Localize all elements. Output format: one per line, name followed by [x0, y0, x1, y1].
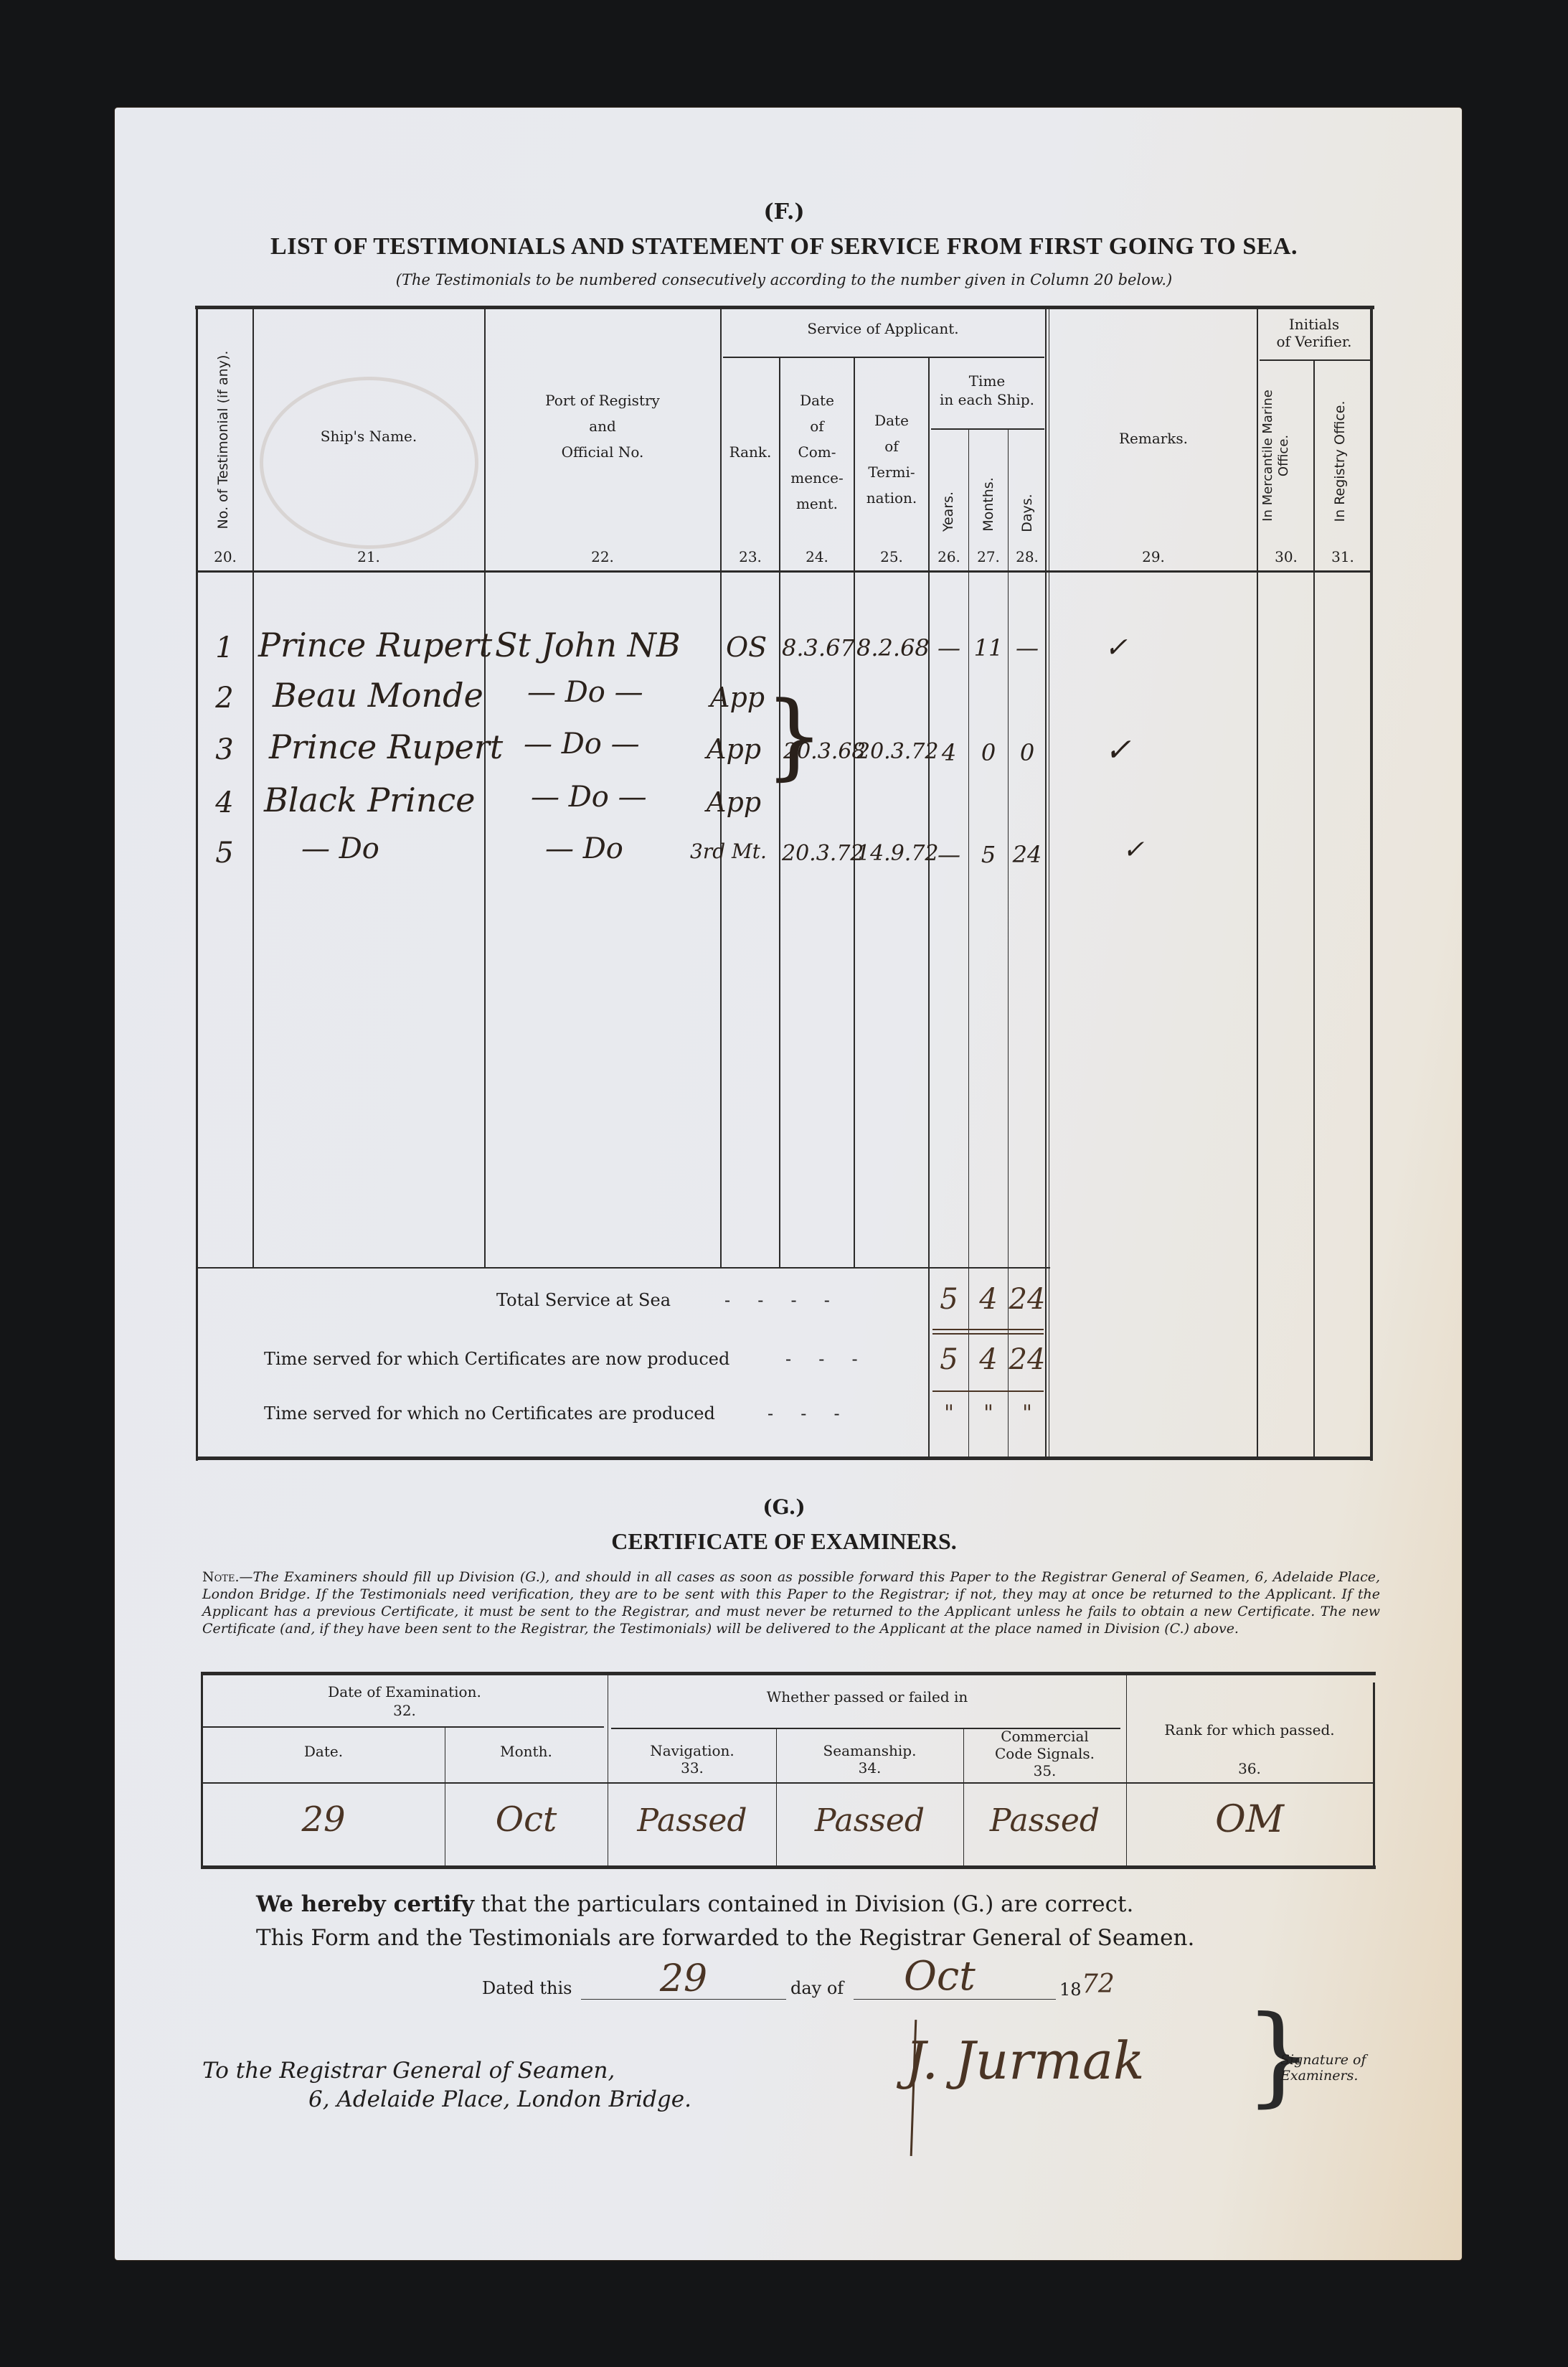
- header-service-of-applicant: Service of Applicant.: [722, 319, 1044, 339]
- cell-days: 0: [1009, 739, 1046, 766]
- header-line: 33.: [609, 1759, 775, 1777]
- cell-no: 5: [207, 837, 242, 870]
- cell-commencement: 20.3.68: [783, 739, 866, 764]
- header-passed-or-failed: Whether passed or failed in: [609, 1688, 1125, 1707]
- forward-statement: This Form and the Testimonials are forwa…: [256, 1925, 1194, 1951]
- label-line: Signature of: [1280, 2052, 1366, 2068]
- header-date-termination: Date of Termi- nation.: [855, 408, 928, 511]
- dated-day-value: 29: [581, 1957, 786, 2000]
- label-line: Examiners.: [1280, 2068, 1366, 2084]
- division-f-letter: (F.): [0, 199, 1568, 225]
- cell-years: 4: [930, 739, 968, 766]
- column-number: 29.: [1050, 548, 1257, 565]
- column-number: 25.: [855, 548, 928, 565]
- cell-rank: OS: [726, 631, 767, 663]
- col-rule: [1257, 309, 1258, 1459]
- certify-statement: We hereby certify that the particulars c…: [256, 1891, 1133, 1917]
- column-number: 23.: [722, 548, 779, 565]
- seamanship-result: Passed: [777, 1802, 963, 1839]
- exam-bottom-rule: [201, 1865, 1376, 1869]
- exam-month-value: Oct: [445, 1799, 607, 1840]
- cell-rank: App: [710, 682, 765, 713]
- header-line: 35.: [964, 1762, 1125, 1779]
- summary-years: 5: [930, 1343, 968, 1376]
- table-f-bottom-rule: [197, 1457, 1373, 1460]
- note-text: —The Examiners should fill up Division (…: [202, 1569, 1380, 1637]
- table-f-header-bottom-rule: [197, 570, 1373, 573]
- exam-right-border: [1373, 1683, 1375, 1869]
- address-line-2: 6, Adelaide Place, London Bridge.: [308, 2086, 691, 2112]
- cell-ship: Beau Monde: [273, 676, 483, 715]
- table-f-top-rule: [195, 306, 1374, 309]
- header-mercantile-marine-office: In Mercantile Marine Office.: [1260, 355, 1296, 556]
- table-f-left-border: [196, 306, 198, 1461]
- column-number: 31.: [1315, 548, 1371, 565]
- header-registry-office: In Registry Office.: [1332, 375, 1351, 547]
- certify-rest: that the particulars contained in Divisi…: [474, 1891, 1133, 1917]
- remarks-checkmark-icon: ✓: [1105, 631, 1128, 663]
- cell-months: 0: [969, 739, 1008, 766]
- column-number: 27.: [969, 548, 1008, 565]
- header-line: Commercial: [964, 1728, 1125, 1745]
- cell-no: 2: [207, 682, 242, 715]
- cell-termination: 20.3.72: [856, 739, 939, 764]
- dated-this-label: Dated this: [482, 1978, 572, 1998]
- address-line-1: To the Registrar General of Seamen,: [202, 2058, 615, 2084]
- cell-years: —: [930, 841, 968, 868]
- column-number: 24.: [780, 548, 854, 565]
- header-commercial-code-signals: Commercial Code Signals. 35.: [964, 1728, 1125, 1779]
- header-rank: Rank.: [722, 443, 779, 462]
- header-date: Date.: [203, 1742, 444, 1761]
- rank-passed-value: OM: [1127, 1798, 1372, 1841]
- cell-months: 11: [969, 634, 1008, 662]
- header-port-line: Official No.: [486, 439, 719, 465]
- division-f-title: LIST OF TESTIMONIALS AND STATEMENT OF SE…: [0, 233, 1568, 260]
- produced-underline: [932, 1390, 1044, 1392]
- date-group-rule: [202, 1726, 604, 1728]
- column-number: 21.: [254, 548, 483, 565]
- cell-ship: — Do: [301, 832, 379, 865]
- header-line: Com-: [780, 439, 854, 465]
- summary-years: ": [930, 1401, 968, 1426]
- summary-label: Time served for which no Certificates ar…: [264, 1403, 715, 1424]
- bracket-icon: }: [765, 689, 824, 782]
- cell-commencement: 8.3.67: [782, 634, 855, 662]
- header-seamanship: Seamanship. 34.: [777, 1742, 963, 1777]
- cell-ship: Prince Rupert: [269, 728, 503, 766]
- header-line: Code Signals.: [964, 1745, 1125, 1762]
- cell-rank: 3rd Mt.: [690, 839, 767, 863]
- exam-top-rule: [201, 1672, 1376, 1675]
- header-line: of Verifier.: [1258, 333, 1370, 350]
- cell-port: — Do —: [527, 676, 643, 709]
- year-prefix: 18: [1059, 1980, 1082, 2000]
- column-number: 30.: [1258, 548, 1314, 565]
- total-underline: [932, 1329, 1044, 1330]
- signals-result: Passed: [964, 1802, 1125, 1839]
- summary-leaders: - - - -: [724, 1290, 830, 1310]
- header-line: of: [780, 413, 854, 439]
- header-line: in each Ship.: [930, 390, 1044, 409]
- header-years: Years.: [940, 472, 959, 551]
- header-rank-for-which-passed: Rank for which passed.: [1127, 1721, 1372, 1740]
- header-testimonial-no: No. of Testimonial (if any).: [215, 321, 234, 558]
- cell-commencement: 20.3.72: [782, 841, 864, 866]
- header-time-in-each-ship: Time in each Ship.: [930, 372, 1044, 409]
- registry-stamp: [260, 377, 478, 549]
- header-line: 32.: [203, 1701, 606, 1720]
- summary-leaders: - - -: [768, 1403, 840, 1424]
- cell-port: — Do —: [524, 728, 640, 761]
- certify-lead: We hereby certify: [256, 1891, 474, 1917]
- header-months: Months.: [981, 461, 999, 547]
- summary-days: ": [1009, 1401, 1046, 1426]
- header-line: Date of Examination.: [203, 1683, 606, 1701]
- year-suffix: 72: [1082, 1970, 1115, 1999]
- header-rank-number: 36.: [1127, 1759, 1372, 1779]
- summary-months: ": [969, 1401, 1008, 1426]
- summary-years: 5: [930, 1283, 968, 1316]
- summary-label: Time served for which Certificates are n…: [264, 1349, 729, 1369]
- cell-no: 1: [207, 631, 242, 664]
- header-line: Initials: [1258, 316, 1370, 333]
- remarks-checkmark-icon: ✓: [1123, 835, 1144, 865]
- header-line: Date: [780, 387, 854, 413]
- division-g-title: CERTIFICATE OF EXAMINERS.: [0, 1528, 1568, 1555]
- cell-ship: Black Prince: [264, 781, 475, 819]
- summary-leaders: - - -: [785, 1349, 858, 1369]
- column-number: 22.: [486, 548, 719, 565]
- remarks-checkmark-icon: ✓: [1105, 732, 1131, 768]
- summary-days: 24: [1009, 1343, 1046, 1376]
- cell-port: — Do —: [531, 781, 647, 814]
- header-remarks: Remarks.: [1050, 429, 1257, 448]
- cell-termination: 8.2.68: [856, 634, 930, 662]
- header-line: Termi-: [855, 459, 928, 485]
- cell-years: —: [930, 634, 968, 662]
- header-navigation: Navigation. 33.: [609, 1742, 775, 1777]
- note-lead: Note.: [202, 1569, 239, 1585]
- cell-no: 3: [207, 733, 242, 766]
- total-underline: [932, 1333, 1044, 1335]
- table-f-right-border: [1370, 306, 1373, 1461]
- header-line: of: [855, 433, 928, 459]
- col-rule: [1049, 309, 1049, 1459]
- column-number: 26.: [930, 548, 968, 565]
- header-line: Office.: [1276, 355, 1292, 556]
- header-line: Date: [855, 408, 928, 433]
- day-of-label: day of: [790, 1978, 844, 1998]
- cell-port: St John NB: [495, 626, 681, 664]
- cell-months: 5: [969, 841, 1008, 868]
- header-port-of-registry: Port of Registry and Official No.: [486, 387, 719, 465]
- cell-ship: Prince Rupert: [258, 626, 492, 664]
- division-g-letter: (G.): [0, 1495, 1568, 1519]
- service-group-rule: [723, 357, 1044, 358]
- header-port-line: and: [486, 413, 719, 439]
- cell-rank: App: [707, 786, 761, 818]
- header-line: ment.: [780, 491, 854, 517]
- summary-months: 4: [969, 1283, 1008, 1316]
- header-line: mence-: [780, 465, 854, 491]
- exam-date-value: 29: [203, 1799, 444, 1840]
- cell-days: —: [1009, 634, 1046, 662]
- table-f-body-bottom-rule: [197, 1267, 1050, 1269]
- header-month: Month.: [445, 1742, 607, 1761]
- summary-label: Total Service at Sea: [496, 1290, 671, 1310]
- header-date-commencement: Date of Com- mence- ment.: [780, 387, 854, 517]
- cell-days: 24: [1009, 841, 1046, 868]
- col-rule: [252, 309, 254, 1269]
- header-line: Seamanship.: [777, 1742, 963, 1759]
- navigation-result: Passed: [609, 1802, 775, 1839]
- exam-header-bottom-rule: [202, 1782, 1374, 1784]
- cell-no: 4: [207, 786, 242, 819]
- summary-months: 4: [969, 1343, 1008, 1376]
- header-line: Navigation.: [609, 1742, 775, 1759]
- examiner-signature: J. Jurmak: [905, 2030, 1145, 2091]
- header-initials-of-verifier: Initials of Verifier.: [1258, 316, 1370, 350]
- column-number: 28.: [1009, 548, 1046, 565]
- header-line: 34.: [777, 1759, 963, 1777]
- division-f-subtitle: (The Testimonials to be numbered consecu…: [0, 271, 1568, 288]
- examiners-note: Note.—The Examiners should fill up Divis…: [202, 1568, 1380, 1637]
- header-line: Time: [930, 372, 1044, 390]
- header-port-line: Port of Registry: [486, 387, 719, 413]
- summary-days: 24: [1009, 1283, 1046, 1316]
- cell-termination: 14.9.72: [856, 841, 939, 866]
- col-rule: [1313, 360, 1315, 1459]
- header-days: Days.: [1019, 477, 1038, 549]
- time-group-rule: [931, 428, 1044, 430]
- col-rule: [608, 1675, 608, 1865]
- header-date-of-examination: Date of Examination. 32.: [203, 1683, 606, 1720]
- header-line: In Mercantile Marine: [1260, 355, 1276, 556]
- cell-rank: App: [707, 733, 761, 765]
- cell-port: — Do: [545, 832, 623, 865]
- header-line: nation.: [855, 485, 928, 511]
- dated-month-value: Oct: [904, 1953, 976, 2000]
- column-number: 20.: [198, 548, 252, 565]
- signature-of-examiners-label: Signature of Examiners.: [1280, 2052, 1366, 2084]
